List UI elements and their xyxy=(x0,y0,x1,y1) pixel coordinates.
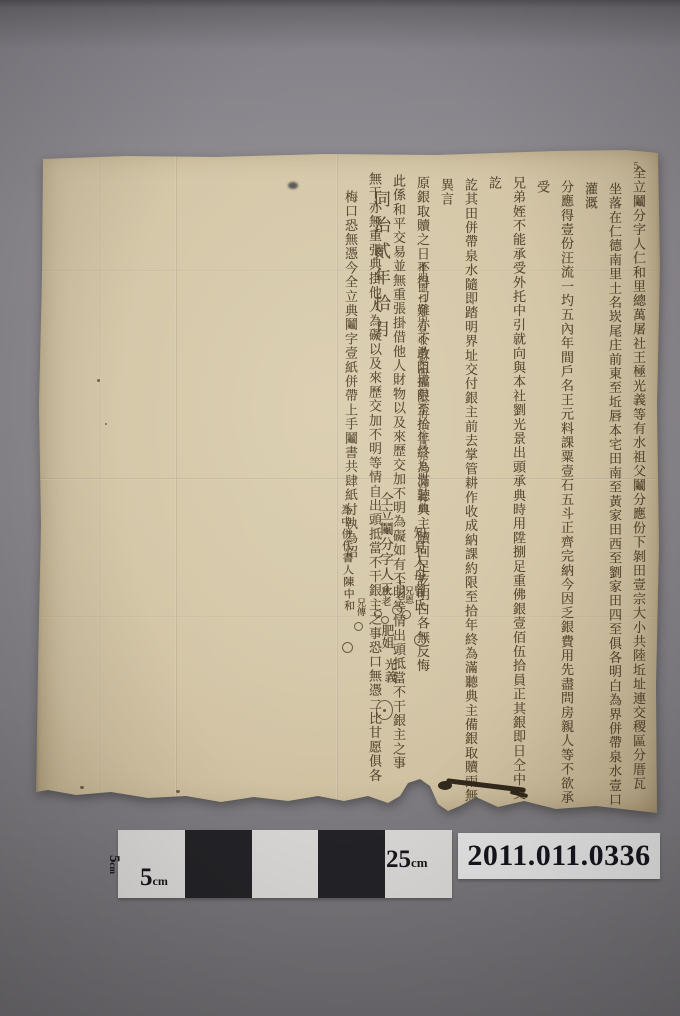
scale-label-5cm-vertical: 5cm xyxy=(105,855,122,874)
executor-name: 肥姐 xyxy=(378,624,396,649)
catalog-number-label: 2011.011.0336 xyxy=(467,839,650,873)
executor-name: 光義 xyxy=(381,658,399,683)
annotation-column: 批明即日仝中見收過契面佛銀壹佰伍拾員完足明白再炤 xyxy=(414,262,428,562)
signature-circle-mark xyxy=(402,610,411,619)
archival-document-paper: 5 全立鬮分字人仁和里總萬屠社王極光義等有水祖父鬮分應份下剝田壹宗大小共陸坵址連… xyxy=(36,146,661,816)
scale-unit: cm xyxy=(411,855,428,870)
scale-segment-black xyxy=(318,830,385,898)
twig-debris-knot xyxy=(438,781,452,790)
main-text-column: 兄弟姪不能承受外托中引就向與本社劉光景出頭承典時用陞捌足重佛銀壹佰伍拾員正其銀即… xyxy=(481,166,529,811)
wormhole-speck xyxy=(105,423,107,425)
scale-unit: cm xyxy=(108,863,118,875)
scale-label-25cm: 25cm xyxy=(386,846,428,874)
signature-circle-mark-large xyxy=(376,700,393,720)
paper-shadow-wrap: 5 全立鬮分字人仁和里總萬屠社王極光義等有水祖父鬮分應份下剝田壹宗大小共陸坵址連… xyxy=(36,146,661,816)
main-text-column: 訖其田併帶泉水隨即踏明界址交付銀主前去掌管耕作收成納課約限至拾年終為滿聽典主備銀… xyxy=(433,166,481,811)
main-text-column: 全立鬮分字人仁和里總萬屠社王極光義等有水祖父鬮分應份下剝田壹宗大小共陸坵址連交稷… xyxy=(625,166,649,811)
catalog-number-box: 2011.011.0336 xyxy=(458,833,660,879)
scale-unit: cm xyxy=(153,874,168,888)
scale-segment-black xyxy=(185,830,252,898)
signature-circle-mark xyxy=(354,622,363,631)
date-column: 同治貳年拾月 xyxy=(368,190,393,410)
scale-value: 5 xyxy=(140,864,153,891)
signature-circle-mark xyxy=(342,642,353,653)
wormhole-speck xyxy=(97,379,100,382)
signature-circle-mark xyxy=(414,634,426,646)
main-text-column: 梅口恐無憑今全立典鬮字壹紙併帶上手鬮書共肆紙付執為炤 xyxy=(337,166,361,811)
executor-name: 秋老 xyxy=(377,586,392,606)
scale-segment-white xyxy=(252,830,319,898)
scale-value: 5 xyxy=(106,855,122,863)
circle-dot xyxy=(383,709,386,712)
ink-smudge xyxy=(288,182,298,189)
signature-circle-mark xyxy=(381,616,389,624)
scale-value: 25 xyxy=(386,846,411,873)
brother-note: 兄恩 xyxy=(402,586,415,604)
scale-label-5cm: 5cm xyxy=(140,864,168,892)
museum-photo-backdrop: 5 全立鬮分字人仁和里總萬屠社王極光義等有水祖父鬮分應份下剝田壹宗大小共陸坵址連… xyxy=(0,0,680,1016)
main-text-column: 坐落在仁德南里土名崁尾庄前東至坵唇本宅田南至黃家田西至劉家田四至俱各明白為界併帶… xyxy=(577,166,625,811)
main-text-column: 分應得壹份汪流一圴五內年間戶名王元料課粟壹石五斗正齊完納今因乏銀費用先盡問房親人… xyxy=(529,166,577,811)
signature-circle-mark xyxy=(392,605,402,615)
wormhole-speck xyxy=(176,790,180,793)
wormhole-speck xyxy=(80,786,84,789)
